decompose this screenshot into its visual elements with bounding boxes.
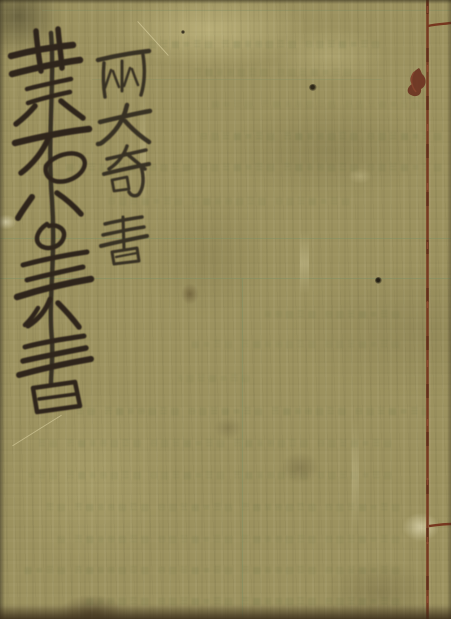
- main-title-calligraphy: 黃石公素書: [11, 29, 91, 412]
- calligraphy-layer: 黃石公素書: [0, 0, 451, 619]
- page-edge-left: [0, 0, 5, 619]
- page-edge-right: [447, 0, 451, 619]
- title-char-shu: [19, 336, 91, 412]
- binding-thread-knot: [408, 68, 426, 96]
- side-char-shu: [101, 217, 147, 264]
- page-edge-bottom: [0, 604, 451, 619]
- side-char-qi: [104, 146, 149, 196]
- side-char-da: [98, 105, 150, 144]
- title-char-huang: [11, 29, 83, 124]
- binding-threads: [408, 0, 451, 619]
- title-char-gong: [18, 193, 81, 248]
- book-cover-photo: ▤☰≡▦☱▥⊟ ▧☲▨⊞≣▩☴ ▤☰≡▦☱▥▤☰≡▦☱▥⊟ ▧☲▨⊞≣▩☴ ▤☰…: [0, 0, 451, 619]
- page-edge-top: [0, 0, 451, 4]
- side-char-liang: [98, 51, 149, 97]
- side-label-calligraphy: 兩大奇書: [98, 51, 150, 264]
